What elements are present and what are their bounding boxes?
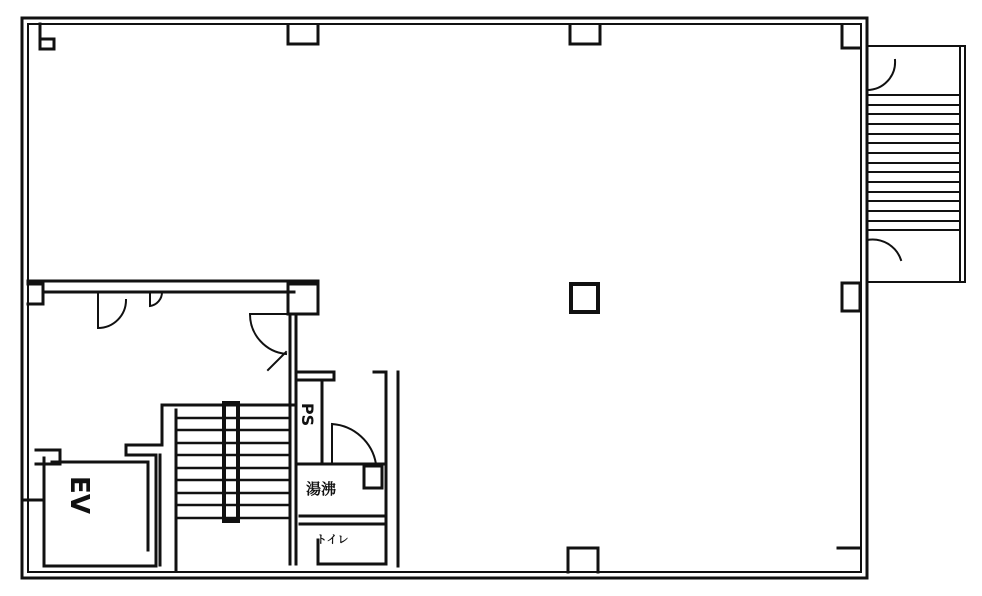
left-stairs bbox=[176, 403, 288, 521]
columns bbox=[28, 24, 860, 572]
doors bbox=[98, 60, 901, 464]
toilet-label: トイレ bbox=[316, 531, 348, 547]
elevator-label: EV bbox=[64, 476, 94, 514]
pipe-shaft-label: PS bbox=[298, 403, 317, 426]
floor-plan-drawing bbox=[0, 0, 982, 596]
right-stairs bbox=[867, 46, 965, 282]
kitchenette-label: 湯沸 bbox=[306, 478, 336, 499]
interior-walls bbox=[24, 281, 318, 570]
